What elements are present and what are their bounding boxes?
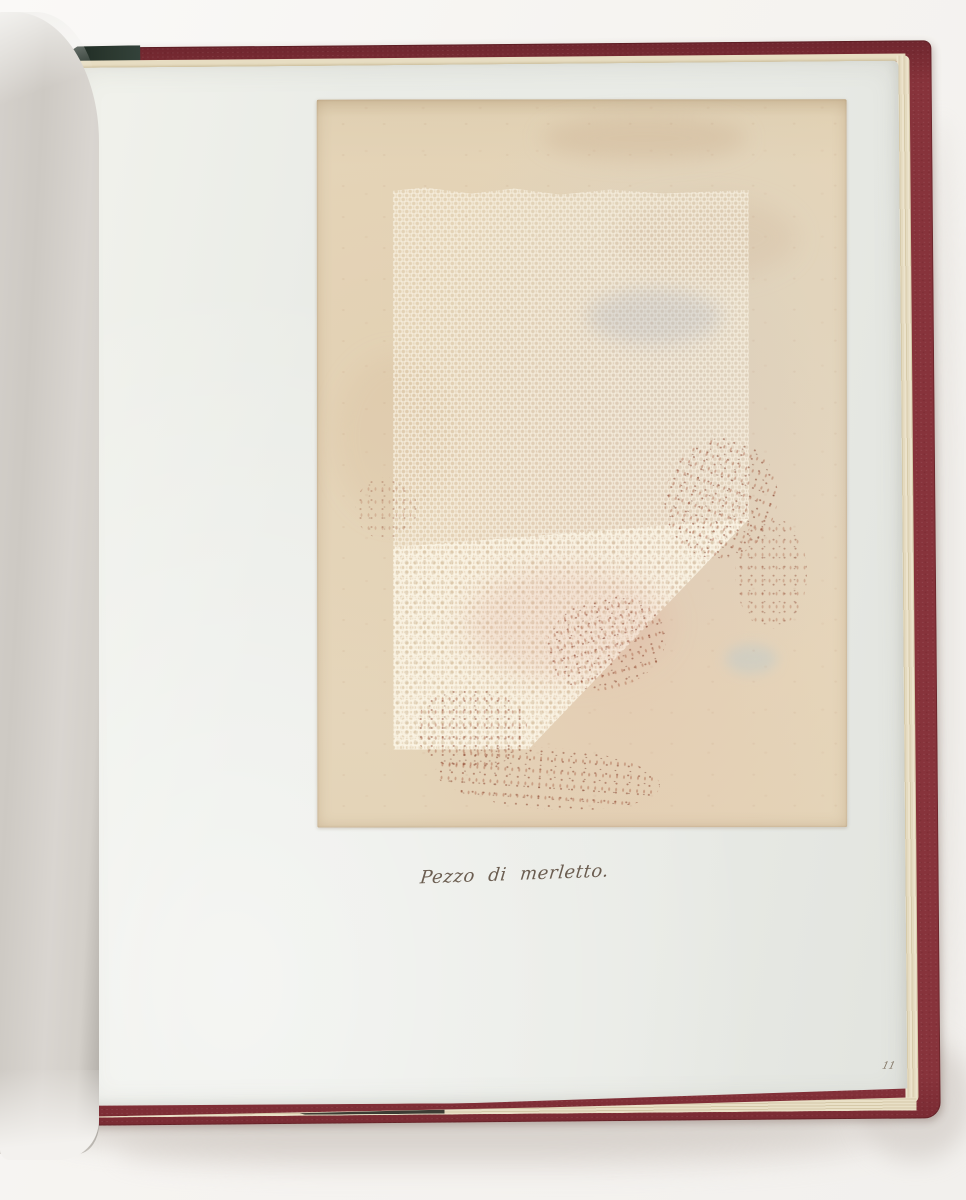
album-leaf: Pezzo di merletto. 11 bbox=[75, 61, 907, 1107]
album-book: Pezzo di merletto. 11 bbox=[75, 40, 940, 1125]
album-photo-scene: Pezzo di merletto. 11 bbox=[0, 0, 966, 1200]
mounted-photogenic-drawing bbox=[317, 99, 848, 827]
foxing-overall bbox=[317, 99, 848, 827]
handwritten-caption: Pezzo di merletto. bbox=[330, 857, 700, 892]
page-number: 11 bbox=[881, 1061, 896, 1072]
facing-page-left bbox=[0, 12, 99, 1154]
